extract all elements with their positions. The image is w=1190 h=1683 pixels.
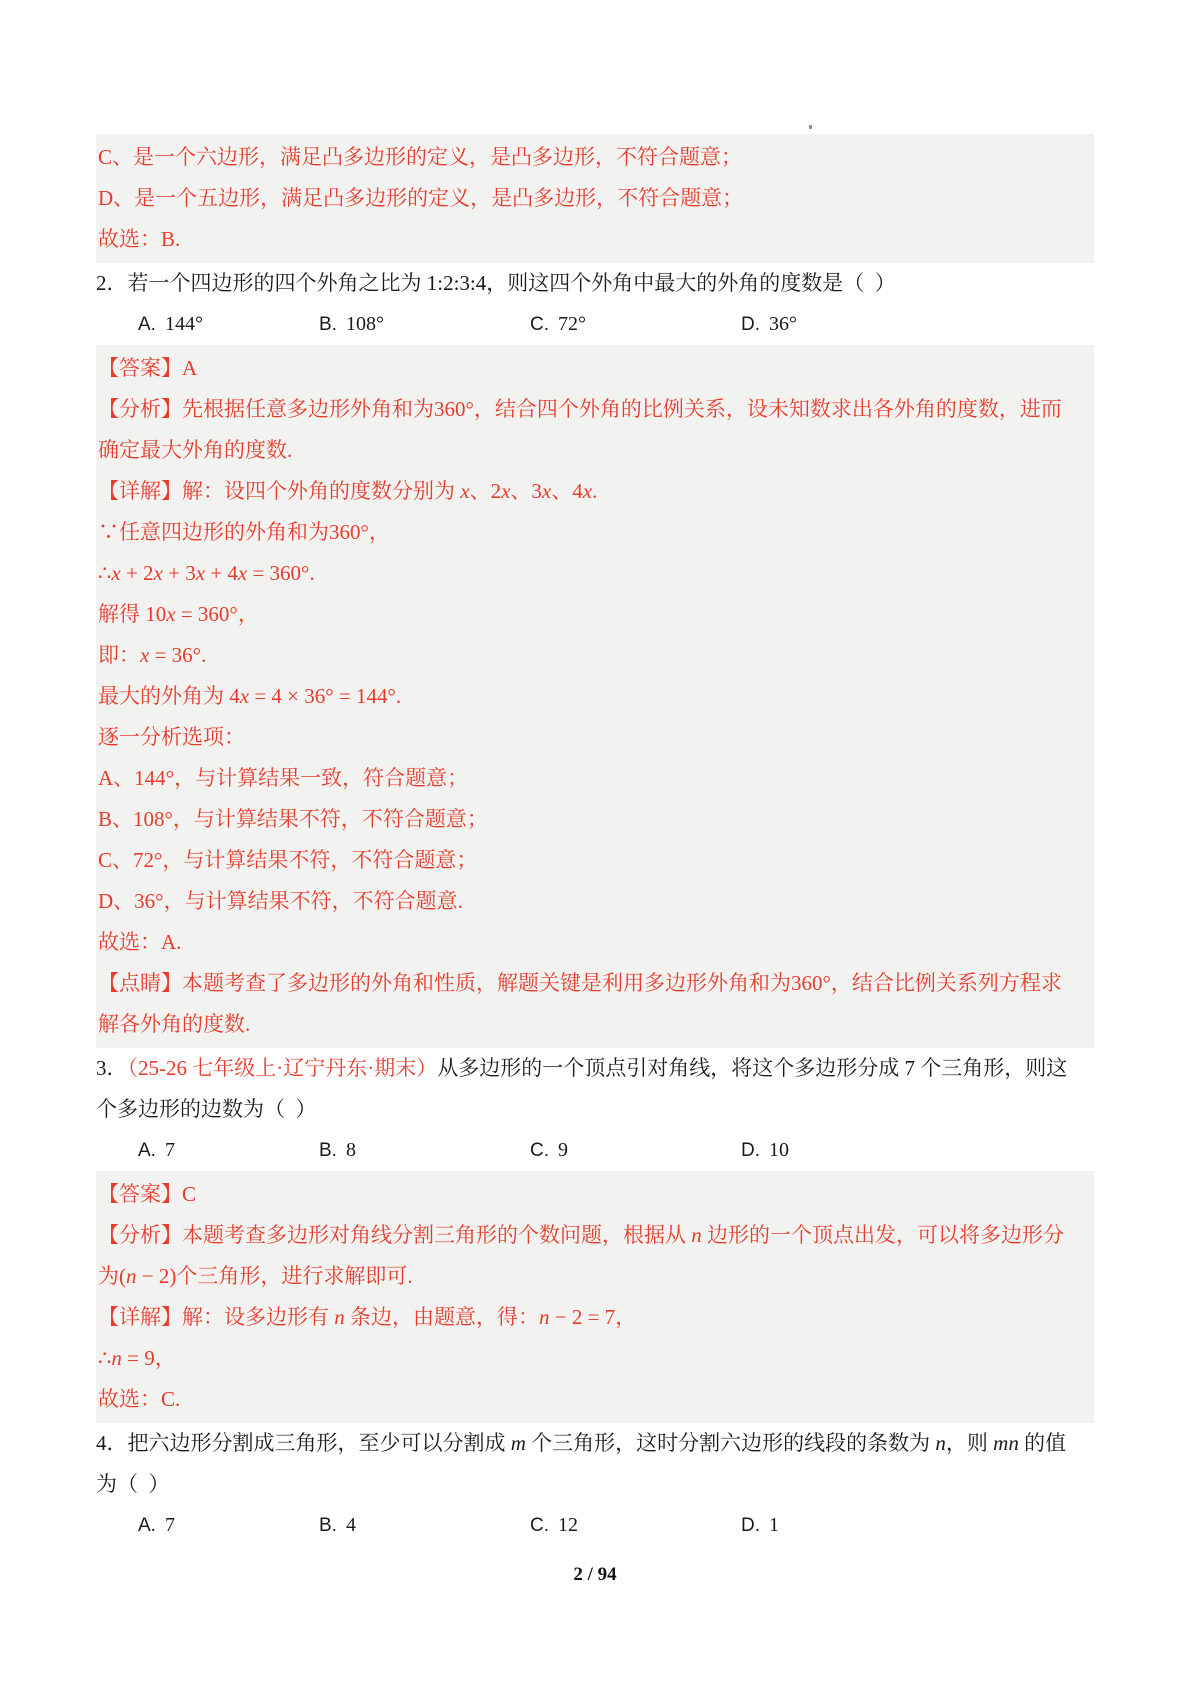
question-2-text: 2．若一个四边形的四个外角之比为 1:2:3:4，则这四个外角中最大的外角的度数… [96, 263, 1094, 304]
answer-line: 解各外角的度数. [98, 1004, 1092, 1045]
text-segment: 2．若一个四边形的四个外角之比为 1:2:3:4，则这四个外角中最大的外角的度数… [96, 271, 896, 295]
text-segment: （25-26 七年级上·辽宁丹东·期末） [128, 1056, 438, 1080]
answer-line: 故选：A. [98, 922, 1092, 963]
question-2-options: A.144°B.108°C.72°D.36° [96, 304, 1094, 345]
text-segment: ，与计算结果不符，不符合题意. [164, 889, 463, 913]
text-segment: 个三角形，进行求解即可. [176, 1264, 412, 1288]
text-segment: 为 [98, 1264, 119, 1288]
text-segment: ∴ [98, 561, 111, 585]
text-segment: 4．把六边形分割成三角形，至少可以分割成 [96, 1431, 511, 1455]
math-expression: 144° [134, 766, 174, 790]
text-segment: C、是一个六边形，满足凸多边形的定义，是凸多边形，不符合题意； [98, 145, 742, 169]
answer-line: 【详解】解：设四个外角的度数分别为 x、2x、3x、4x. [98, 471, 1092, 512]
question-4: 4．把六边形分割成三角形，至少可以分割成 m 个三角形，这时分割六边形的线段的条… [96, 1423, 1094, 1546]
option-d: D.1 [741, 1505, 779, 1546]
option-letter: D. [741, 1515, 760, 1536]
page-content: C、是一个六边形，满足凸多边形的定义，是凸多边形，不符合题意；D、是一个五边形，… [96, 134, 1094, 1586]
answer-line: C、是一个六边形，满足凸多边形的定义，是凸多边形，不符合题意； [98, 137, 1092, 178]
option-value: 10 [769, 1139, 789, 1161]
answer-block-question-2: 【答案】A【分析】先根据任意多边形外角和为360°，结合四个外角的比例关系，设未… [96, 345, 1094, 1048]
option-letter: A. [138, 314, 156, 335]
question-3-text: 3．（25-26 七年级上·辽宁丹东·期末）从多边形的一个顶点引对角线，将这个多… [96, 1048, 1094, 1130]
option-a: A.7 [138, 1130, 319, 1171]
answer-line: D、36°，与计算结果不符，不符合题意. [98, 881, 1092, 922]
option-value: 12 [558, 1514, 578, 1536]
option-value: 144° [165, 313, 203, 335]
text-segment: 【分析】本题考查多边形对角线分割三角形的个数问题，根据从 [98, 1223, 691, 1247]
math-expression: 36° [134, 889, 163, 913]
option-b: B.108° [319, 304, 530, 345]
question-line: 4．把六边形分割成三角形，至少可以分割成 m 个三角形，这时分割六边形的线段的条… [96, 1423, 1094, 1464]
answer-block-question-1: C、是一个六边形，满足凸多边形的定义，是凸多边形，不符合题意；D、是一个五边形，… [96, 134, 1094, 263]
option-value: 36° [769, 313, 797, 335]
option-b: B.8 [319, 1130, 530, 1171]
text-segment: 最大的外角为 [98, 684, 229, 708]
answer-line: 【分析】本题考查多边形对角线分割三角形的个数问题，根据从 n 边形的一个顶点出发… [98, 1215, 1092, 1256]
answer-line: 【答案】C [98, 1174, 1092, 1215]
answer-line: ∴x + 2x + 3x + 4x = 360°. [98, 553, 1092, 594]
text-segment: ，结合比例关系列方程求 [831, 971, 1062, 995]
text-segment: B、 [98, 807, 133, 831]
text-segment: 从多边形的一个顶点引对角线，将这个多边形分成 7 个三角形，则这 [437, 1056, 1067, 1080]
text-segment: ， [615, 1305, 636, 1329]
text-segment: D、 [98, 889, 134, 913]
text-segment: ，结合四个外角的比例关系，设未知数求出各外角的度数，进而 [474, 397, 1062, 421]
text-segment: 即： [98, 643, 140, 667]
text-segment: 3． [96, 1056, 128, 1080]
page-number: 2 / 94 [96, 1564, 1094, 1586]
text-segment: 的值 [1019, 1431, 1066, 1455]
answer-line: C、72°，与计算结果不符，不符合题意； [98, 840, 1092, 881]
option-letter: D. [741, 314, 760, 335]
text-segment: ， [238, 602, 259, 626]
text-segment: 解得 [98, 602, 145, 626]
question-line: 为（ ） [96, 1464, 1094, 1505]
option-d: D.36° [741, 304, 797, 345]
text-segment: 【点睛】本题考查了多边形的外角和性质，解题关键是利用多边形外角和为 [98, 971, 791, 995]
stray-mark [809, 125, 812, 129]
answer-line: 即：x = 36°. [98, 635, 1092, 676]
question-line: 2．若一个四边形的四个外角之比为 1:2:3:4，则这四个外角中最大的外角的度数… [96, 263, 1094, 304]
option-c: C.9 [530, 1130, 741, 1171]
text-segment: ，与计算结果不符，不符合题意； [173, 807, 488, 831]
math-expression: 72° [133, 848, 162, 872]
text-segment: 条边，由题意，得： [345, 1305, 539, 1329]
math-expression: 360° [329, 520, 369, 544]
option-b: B.4 [319, 1505, 530, 1546]
text-segment: 边形的一个顶点出发，可以将多边形分 [702, 1223, 1064, 1247]
answer-line: 故选：B. [98, 219, 1092, 260]
math-expression: 4x = 4 × 36° = 144°. [229, 684, 401, 708]
option-letter: D. [741, 1140, 760, 1161]
option-value: 108° [346, 313, 384, 335]
answer-line: 故选：C. [98, 1379, 1092, 1420]
option-value: 4 [346, 1514, 356, 1536]
text-segment: 个三角形，这时分割六边形的线段的条数为 [526, 1431, 936, 1455]
option-value: 8 [346, 1139, 356, 1161]
option-letter: B. [319, 1515, 337, 1536]
option-c: C.12 [530, 1505, 741, 1546]
text-segment: 【分析】先根据任意多边形外角和为 [98, 397, 434, 421]
option-letter: B. [319, 314, 337, 335]
text-segment: A、 [98, 766, 134, 790]
answer-line: D、是一个五边形，满足凸多边形的定义，是凸多边形，不符合题意； [98, 178, 1092, 219]
answer-line: 【分析】先根据任意多边形外角和为360°，结合四个外角的比例关系，设未知数求出各… [98, 389, 1092, 430]
text-segment: 【答案】A [98, 356, 197, 380]
text-segment: 【详解】解：设多边形有 [98, 1305, 334, 1329]
question-3-options: A.7B.8C.9D.10 [96, 1130, 1094, 1171]
option-a: A.144° [138, 304, 319, 345]
text-segment: 为（ ） [96, 1472, 170, 1496]
math-expression: 10x = 360° [145, 602, 238, 626]
option-letter: C. [530, 1515, 549, 1536]
question-line: 3．（25-26 七年级上·辽宁丹东·期末）从多边形的一个顶点引对角线，将这个多… [96, 1048, 1094, 1089]
text-segment: ，则 [946, 1431, 993, 1455]
math-expression: n [691, 1223, 702, 1247]
text-segment: 故选：A. [98, 930, 181, 954]
text-segment: ， [369, 520, 390, 544]
answer-line: 【答案】A [98, 348, 1092, 389]
question-3: 3．（25-26 七年级上·辽宁丹东·期末）从多边形的一个顶点引对角线，将这个多… [96, 1048, 1094, 1171]
question-line: 个多边形的边数为（ ） [96, 1089, 1094, 1130]
option-letter: A. [138, 1515, 156, 1536]
math-expression: n = 9 [111, 1346, 154, 1370]
option-a: A.7 [138, 1505, 319, 1546]
math-expression: 360° [434, 397, 474, 421]
answer-line: 【点睛】本题考查了多边形的外角和性质，解题关键是利用多边形外角和为360°，结合… [98, 963, 1092, 1004]
answer-line: 【详解】解：设多边形有 n 条边，由题意，得：n − 2 = 7， [98, 1297, 1092, 1338]
text-segment: ∵任意四边形的外角和为 [98, 520, 329, 544]
option-value: 72° [558, 313, 586, 335]
answer-line: 最大的外角为 4x = 4 × 36° = 144°. [98, 676, 1092, 717]
text-segment: 【答案】C [98, 1182, 196, 1206]
question-4-options: A.7B.4C.12D.1 [96, 1505, 1094, 1546]
answer-line: 解得 10x = 360°， [98, 594, 1092, 635]
answer-line: ∴n = 9， [98, 1338, 1092, 1379]
text-segment: ，与计算结果不符，不符合题意； [162, 848, 477, 872]
text-segment: 故选：C. [98, 1387, 180, 1411]
math-expression: x、2x、3x、4x. [460, 479, 597, 503]
text-segment: C、 [98, 848, 133, 872]
option-value: 7 [165, 1139, 175, 1161]
option-letter: C. [530, 314, 549, 335]
option-value: 1 [769, 1514, 779, 1536]
question-2: 2．若一个四边形的四个外角之比为 1:2:3:4，则这四个外角中最大的外角的度数… [96, 263, 1094, 345]
option-d: D.10 [741, 1130, 789, 1171]
text-segment: 确定最大外角的度数. [98, 438, 292, 462]
option-letter: B. [319, 1140, 337, 1161]
text-segment: 【详解】解：设四个外角的度数分别为 [98, 479, 460, 503]
text-segment: 个多边形的边数为（ ） [96, 1097, 317, 1121]
answer-line: A、144°，与计算结果一致，符合题意； [98, 758, 1092, 799]
option-letter: A. [138, 1140, 156, 1161]
question-4-text: 4．把六边形分割成三角形，至少可以分割成 m 个三角形，这时分割六边形的线段的条… [96, 1423, 1094, 1505]
answer-line: 逐一分析选项： [98, 717, 1092, 758]
math-expression: mn [993, 1431, 1019, 1455]
text-segment: ， [155, 1346, 176, 1370]
option-c: C.72° [530, 304, 741, 345]
answer-line: 确定最大外角的度数. [98, 430, 1092, 471]
option-value: 7 [165, 1514, 175, 1536]
text-segment: D、是一个五边形，满足凸多边形的定义，是凸多边形，不符合题意； [98, 186, 743, 210]
text-segment: ∴ [98, 1346, 111, 1370]
math-expression: x = 36°. [140, 643, 206, 667]
math-expression: m [511, 1431, 526, 1455]
option-value: 9 [558, 1139, 568, 1161]
answer-line: 为(n − 2)个三角形，进行求解即可. [98, 1256, 1092, 1297]
math-expression: n [334, 1305, 345, 1329]
text-segment: 故选：B. [98, 227, 180, 251]
answer-line: ∵任意四边形的外角和为360°， [98, 512, 1092, 553]
text-segment: 逐一分析选项： [98, 725, 245, 749]
answer-block-question-3: 【答案】C【分析】本题考查多边形对角线分割三角形的个数问题，根据从 n 边形的一… [96, 1171, 1094, 1423]
text-segment: 解各外角的度数. [98, 1012, 250, 1036]
document-page: C、是一个六边形，满足凸多边形的定义，是凸多边形，不符合题意；D、是一个五边形，… [0, 0, 1190, 1683]
math-expression: (n − 2) [119, 1264, 176, 1288]
answer-line: B、108°，与计算结果不符，不符合题意； [98, 799, 1092, 840]
text-segment: ，与计算结果一致，符合题意； [174, 766, 468, 790]
math-expression: n − 2 = 7 [539, 1305, 615, 1329]
math-expression: x + 2x + 3x + 4x = 360°. [111, 561, 314, 585]
math-expression: 108° [133, 807, 173, 831]
math-expression: 360° [791, 971, 831, 995]
option-letter: C. [530, 1140, 549, 1161]
math-expression: n [935, 1431, 946, 1455]
